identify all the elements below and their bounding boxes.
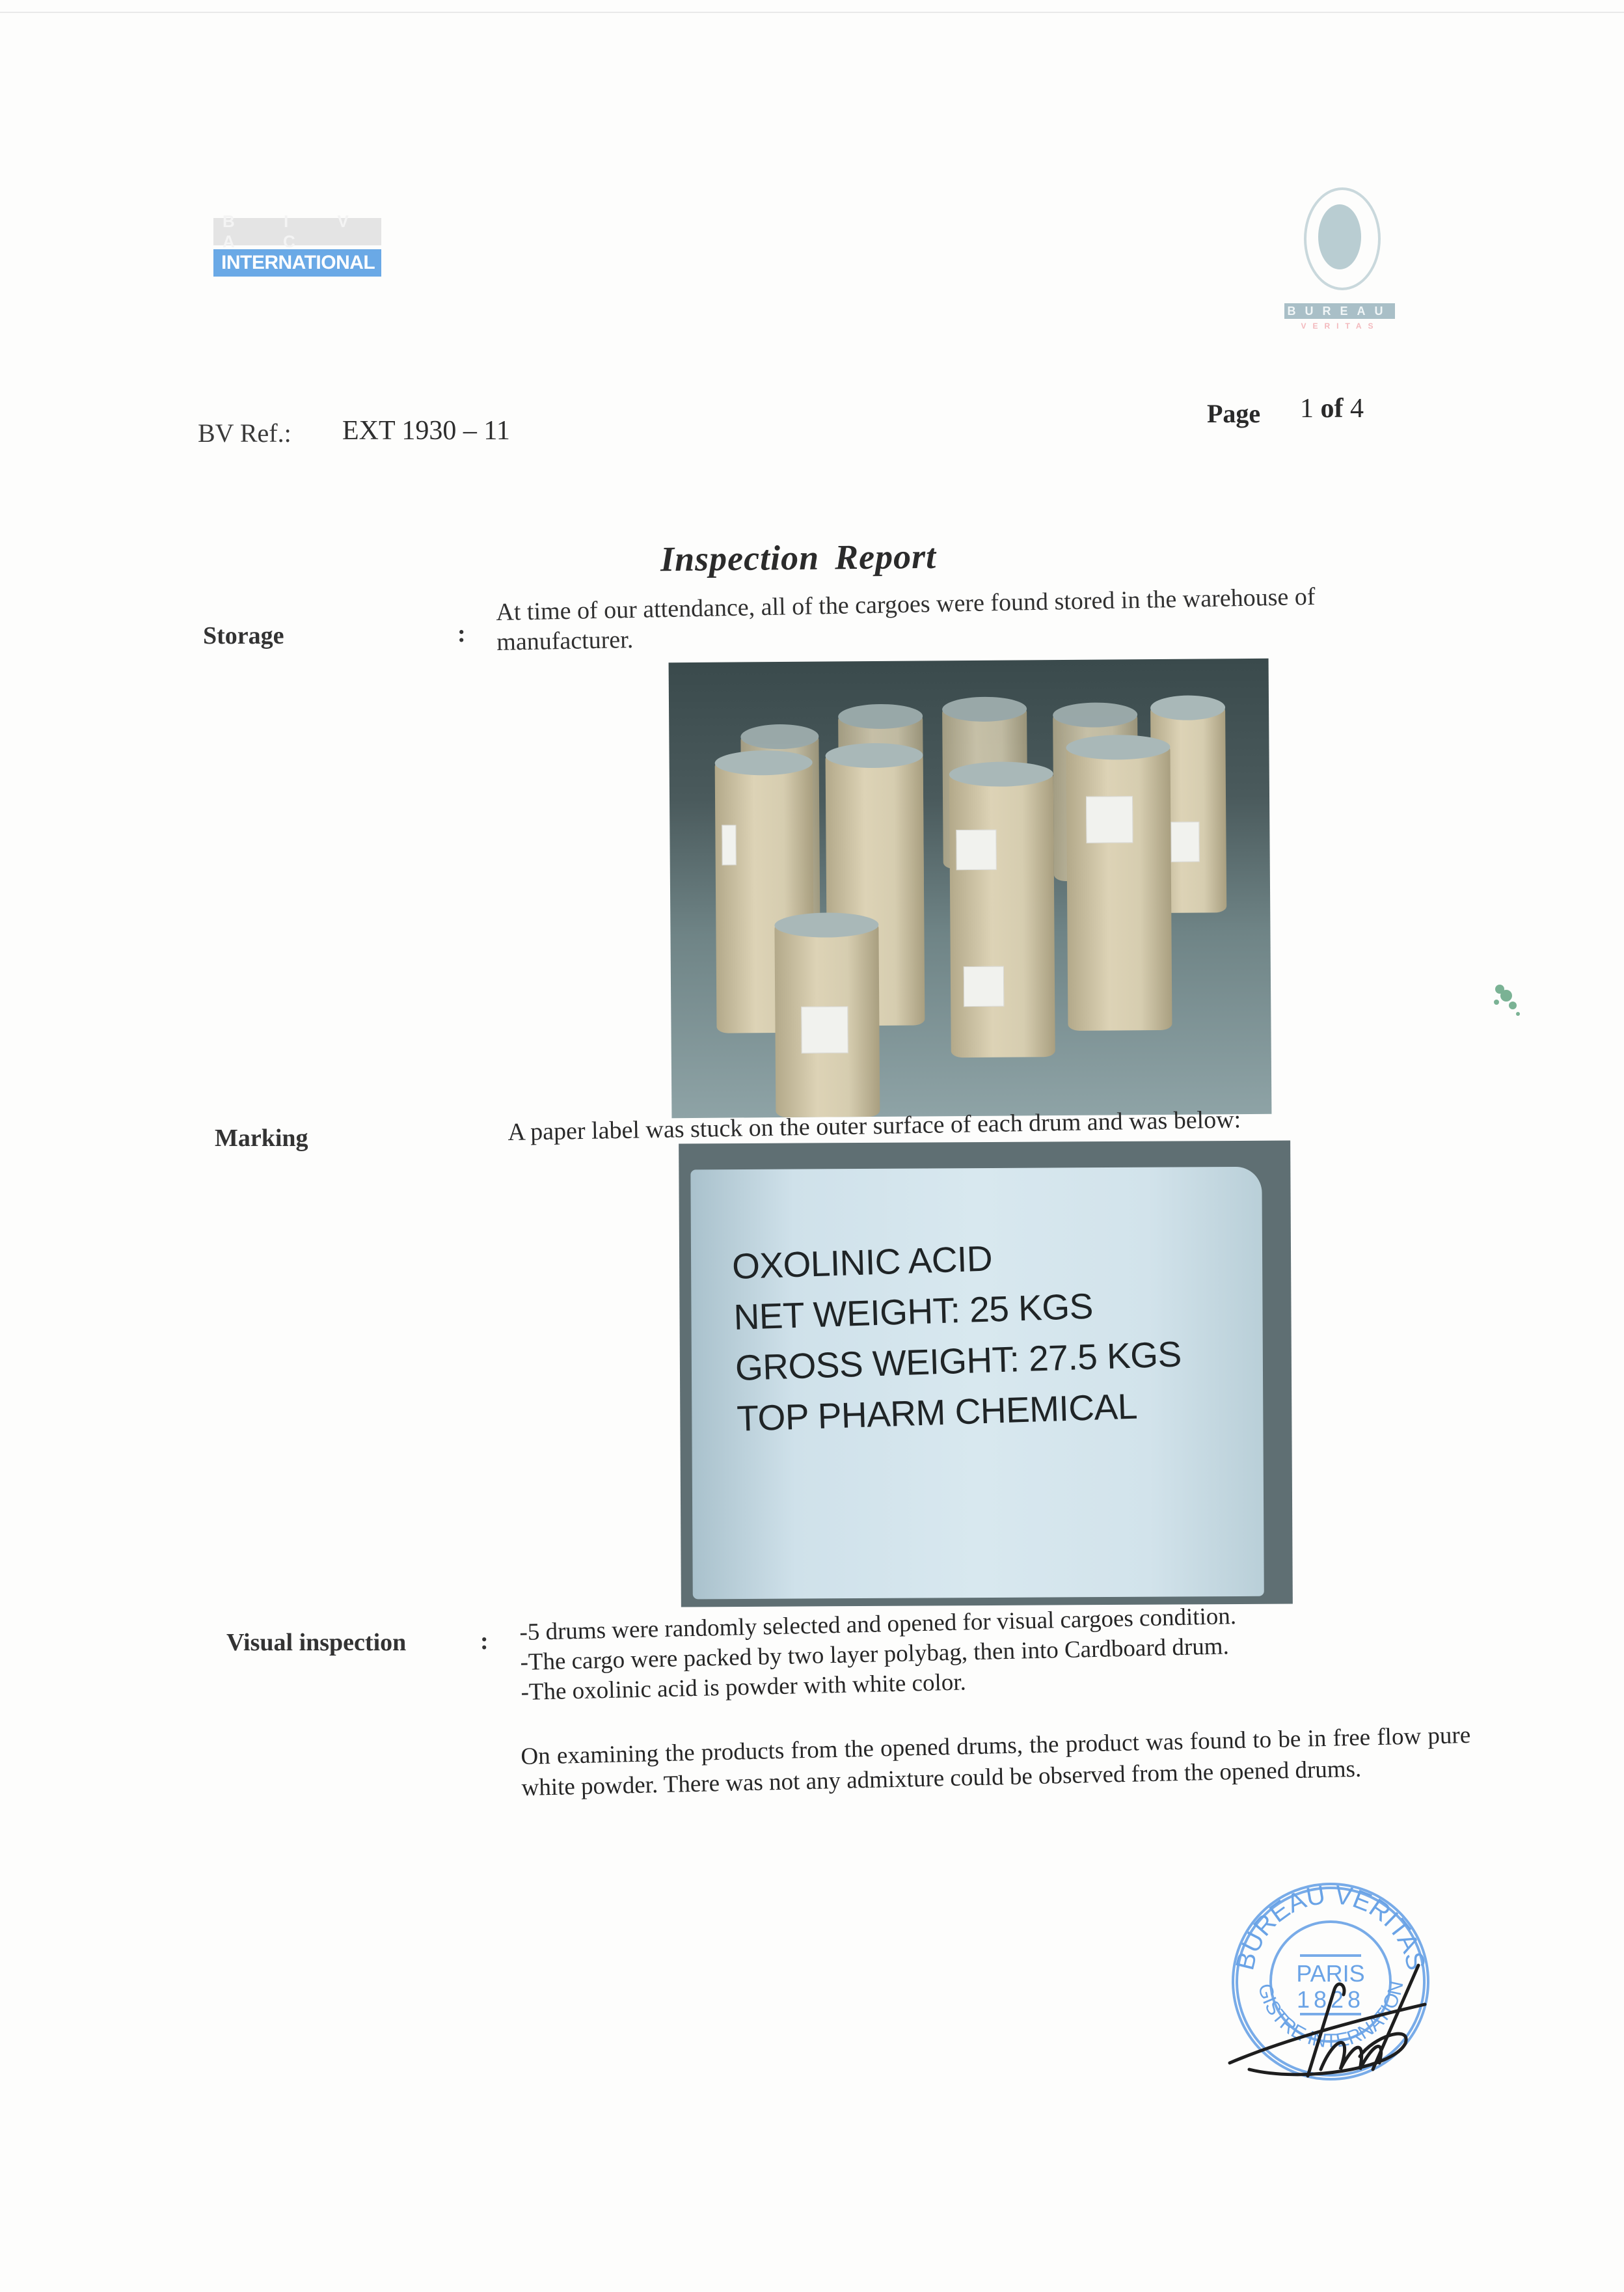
visual-inspection-paragraph: On examining the products from the opene… [521, 1720, 1472, 1804]
storage-photo [669, 659, 1272, 1118]
stamp-top-text: BUREAU VERITAS [1230, 1881, 1431, 1973]
storage-colon: : [457, 620, 466, 648]
page-label: Page [1207, 398, 1260, 429]
bv-ref-label: BV Ref.: [198, 418, 291, 448]
bureau-veritas-logo: BUREAU VERITAS [1275, 181, 1405, 337]
bv-ref-value: EXT 1930 – 11 [342, 415, 510, 446]
page-of: of [1321, 394, 1344, 424]
page-number: 1 of 4 [1300, 393, 1364, 424]
visual-inspection-label: Visual inspection [226, 1628, 406, 1657]
visual-inspection-colon: : [480, 1627, 489, 1656]
storage-text: At time of our attendance, all of the ca… [496, 579, 1446, 657]
bureau-veritas-stamp: BUREAU VERITAS REGISTRE INTERNATIONAL PA… [1223, 1874, 1438, 2089]
page-total: 4 [1350, 394, 1364, 424]
bivac-logo-international: INTERNATIONAL [213, 249, 381, 277]
marking-text: A paper label was stuck on the outer sur… [507, 1104, 1315, 1147]
bv-logo-veritas: VERITAS [1288, 321, 1392, 331]
bv-emblem-icon [1304, 187, 1381, 290]
marking-photo: OXOLINIC ACID NET WEIGHT: 25 KGS GROSS W… [679, 1141, 1293, 1607]
stamp-city: PARIS [1296, 1960, 1364, 1987]
storage-label: Storage [203, 621, 284, 650]
drum-label-text: OXOLINIC ACID NET WEIGHT: 25 KGS GROSS W… [731, 1227, 1184, 1444]
page-title: InspectionReport [660, 536, 937, 579]
marking-label: Marking [215, 1124, 308, 1153]
ink-stain-icon [1487, 976, 1526, 1022]
bivac-logo: B I V A C INTERNATIONAL [213, 218, 381, 277]
bivac-logo-top: B I V A C [213, 218, 381, 245]
scan-edge [0, 12, 1624, 13]
bv-logo-bureau: BUREAU [1284, 303, 1395, 319]
visual-inspection-bullets: -5 drums were randomly selected and open… [519, 1599, 1367, 1708]
page-current: 1 [1300, 394, 1314, 424]
